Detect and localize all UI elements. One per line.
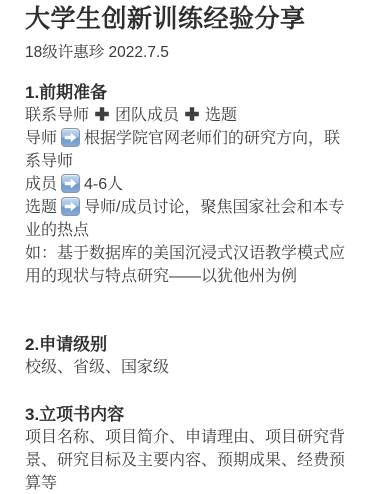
members-line: 成员4-6人 [25, 173, 347, 196]
topic-label: 选题 [25, 199, 57, 216]
mentor-label: 导师 [25, 130, 57, 147]
formula-item-team-members: 团队成员 [115, 107, 179, 124]
plus-icon [184, 106, 200, 122]
topic-line: 选题导师/成员讨论，聚焦国家社会和本专业的热点 [25, 196, 347, 242]
mentor-line: 导师根据学院官网老师们的研究方向，联系导师 [25, 127, 347, 173]
arrow-right-icon [61, 174, 80, 193]
section-heading-application-level: 2.申请级别 [25, 334, 347, 356]
plus-icon [94, 106, 110, 122]
proposal-content-body: 项目名称、项目简介、申请理由、项目研究背景、研究目标及主要内容、预期成果、经费预… [25, 426, 347, 494]
formula-item-topic: 选题 [205, 107, 237, 124]
members-label: 成员 [25, 176, 57, 193]
note-page: 大学生创新训练经验分享 18级许惠珍 2022.7.5 1.前期准备 联系导师团… [0, 0, 370, 494]
section-application-level: 2.申请级别 校级、省级、国家级 [25, 334, 347, 379]
arrow-right-icon [61, 128, 80, 147]
formula-line: 联系导师团队成员选题 [25, 104, 347, 127]
formula-item-contact-mentor: 联系导师 [25, 107, 89, 124]
arrow-right-icon [61, 197, 80, 216]
members-text: 4-6人 [84, 176, 123, 193]
section-proposal-content: 3.立项书内容 项目名称、项目简介、申请理由、项目研究背景、研究目标及主要内容、… [25, 404, 347, 494]
section-heading-preparation: 1.前期准备 [25, 82, 347, 104]
section-heading-proposal-content: 3.立项书内容 [25, 404, 347, 426]
example-line: 如：基于数据库的美国沉浸式汉语教学模式应用的现状与特点研究——以犹他州为例 [25, 242, 347, 288]
section-preparation: 1.前期准备 联系导师团队成员选题 导师根据学院官网老师们的研究方向，联系导师 … [25, 82, 347, 288]
byline: 18级许惠珍 2022.7.5 [25, 43, 347, 63]
application-level-body: 校级、省级、国家级 [25, 356, 347, 379]
page-title: 大学生创新训练经验分享 [25, 4, 347, 34]
